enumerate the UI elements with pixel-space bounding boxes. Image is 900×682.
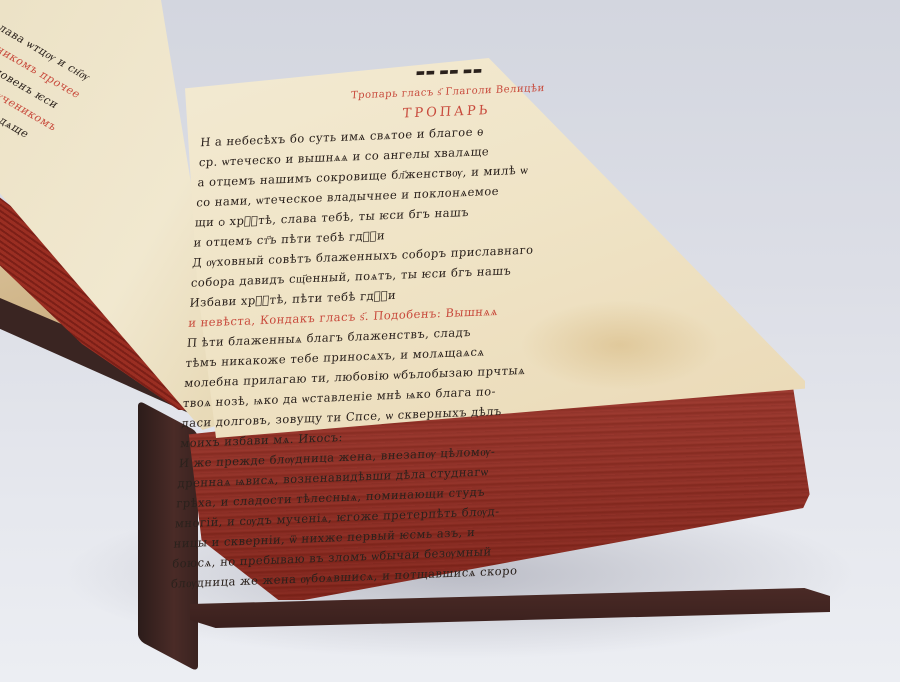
right-page-text: ▬▬ ▬▬ ▬▬ Тропарь гласъ ѕ҃ Глаголи Велицѣ… xyxy=(170,53,694,594)
left-page-text: и слава ѡтцѹ и сн҃ѹ сщ҃енникомъ прочее Б… xyxy=(0,10,215,264)
photo-scene: и слава ѡтцѹ и сн҃ѹ сщ҃енникомъ прочее Б… xyxy=(0,0,900,682)
